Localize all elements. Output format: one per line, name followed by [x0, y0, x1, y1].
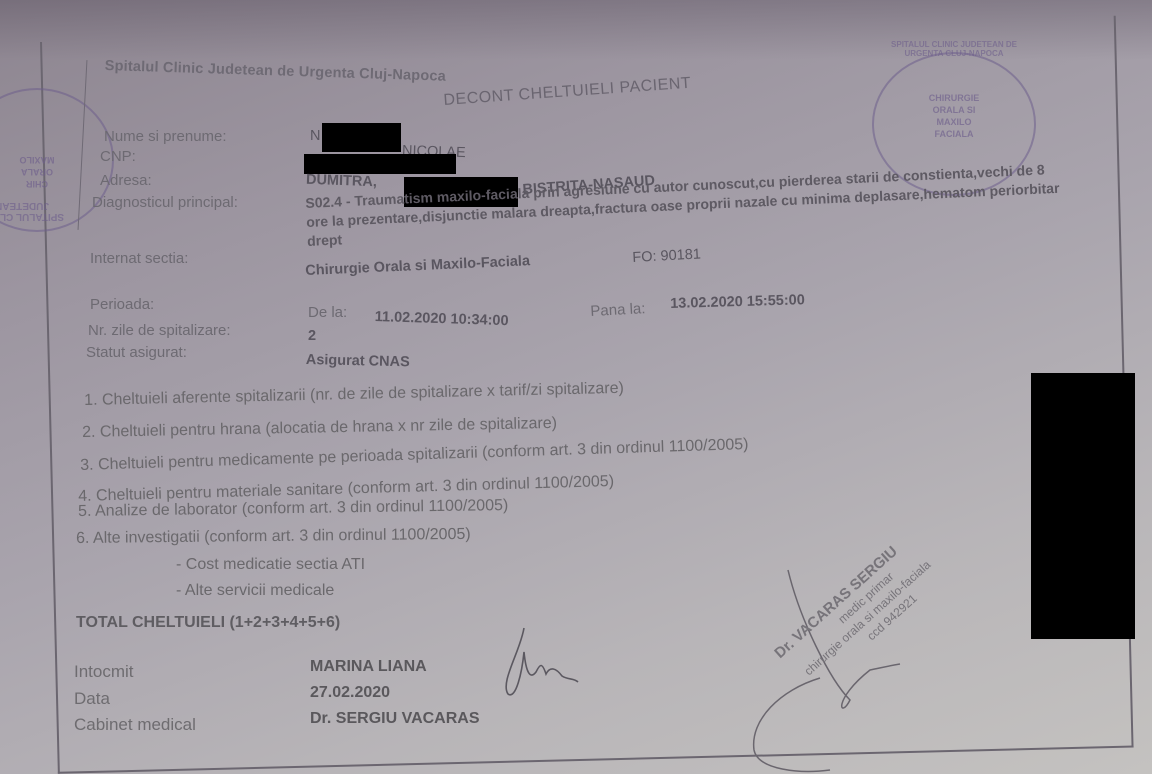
stamp-text: MAXILO	[0, 154, 112, 166]
days-label: Nr. zile de spitalizare:	[88, 322, 231, 339]
stamp-ring-text: SPITALUL CLINIC JUDETEAN	[0, 200, 82, 222]
cabinet-label: Cabinet medical	[74, 715, 196, 735]
redacted-surname	[322, 123, 401, 152]
redacted-cnp	[304, 154, 456, 174]
signature-icon	[490, 622, 590, 702]
expense-subitem: - Cost medicatie sectia ATI	[176, 556, 365, 574]
expense-subitem: - Alte servicii medicale	[176, 582, 334, 600]
stamp-text: CHIR	[0, 178, 112, 190]
name-label: Nume si prenume:	[104, 128, 227, 145]
address-label: Adresa:	[100, 172, 152, 189]
stamp-ring-text: SPITALUL CLINIC JUDETEAN DE URGENTA CLUJ…	[884, 40, 1024, 58]
insured-value: Asigurat CNAS	[306, 352, 410, 370]
stamp-text: MAXILO	[874, 116, 1034, 128]
insured-label: Statut asigurat:	[86, 344, 187, 361]
date-value: 27.02.2020	[310, 684, 390, 702]
to-label: Pana la:	[590, 300, 646, 320]
redacted-block	[1031, 373, 1135, 639]
days-value: 2	[308, 328, 316, 344]
cnp-label: CNP:	[100, 148, 136, 165]
name-prefix: N	[310, 128, 320, 144]
ward-label: Internat sectia:	[90, 250, 188, 267]
stamp-text: ORALA	[0, 166, 112, 178]
diagnosis-label: Diagnosticul principal:	[92, 194, 238, 211]
date-label: Data	[74, 689, 110, 709]
stamp-text: CHIRURGIE	[874, 92, 1034, 104]
address-prefix: DUMITRA,	[306, 172, 377, 190]
from-label: De la:	[308, 304, 347, 321]
period-label: Perioada:	[90, 296, 154, 313]
prepared-value: MARINA LIANA	[310, 658, 427, 676]
prepared-label: Intocmit	[74, 662, 134, 682]
stamp-text: ORALA SI	[874, 104, 1034, 116]
total-expenses-label: TOTAL CHELTUIELI (1+2+3+4+5+6)	[76, 614, 340, 632]
cabinet-value: Dr. SERGIU VACARAS	[310, 710, 480, 728]
stamp-text: FACIALA	[874, 128, 1034, 140]
